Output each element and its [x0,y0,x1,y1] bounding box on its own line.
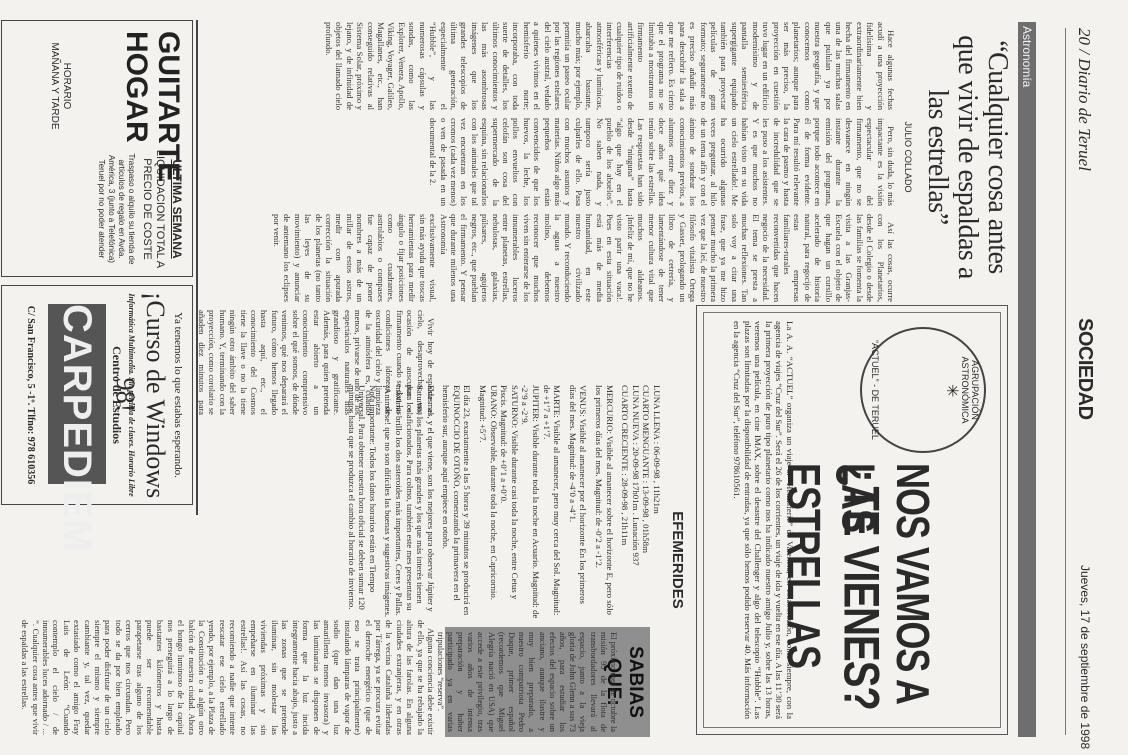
promo-box-inner: AGRUPACIÓN ASTRONÓMICA ✳ “ACTUEL” - DE T… [703,312,1001,728]
star-icon: ✳ [942,384,962,397]
carpe-diem-ad: Ya tenemos lo que estabas esperando. ¡Cu… [1,285,193,505]
section-title: SOCIEDAD [1073,318,1096,420]
page-number-masthead: 20 / Diario de Teruel [1074,28,1094,171]
rubric-bar: Astronomía [1018,22,1036,737]
promo-body: La A. A. “ACTUEL” organiza un viaje al “… [731,321,795,719]
article-column-2: Pero, sin duda, lo más impactante es la … [196,118,896,206]
rubric-label: Astronomía [1020,22,1034,87]
byline: JULIO COLLADO [903,22,913,292]
article-column-3: Así las cosas, ocurre con los Planetario… [196,214,896,302]
efemerides-body: LUNA LLENA : 06-09-98 , 11h21m CUARTO ME… [341,385,662,620]
ads-separator [196,20,198,515]
guitarte-hogar-ad: GUITARTE HOGAR HORARIO MAÑANA Y TARDE UL… [1,20,193,277]
article-column-5: Alguna conciencia debe existir de ello, … [6,620,436,735]
issue-date: Jueves, 17 de septiembre de 1998 [1078,565,1092,749]
header-rule [1065,28,1066,735]
newspaper-page: 20 / Diario de Teruel SOCIEDAD Jueves, 1… [0,0,1128,755]
headline: “Cualquier cosa antes que vivir de espal… [922,22,1012,292]
carpe-diem-logo: CARPEDIEM [48,304,106,484]
sabias-que-box: SABIAS QUE: El próximo mes de octubre la… [445,627,650,737]
astronomy-club-logo: AGRUPACIÓN ASTRONÓMICA ✳ “ACTUEL” - DE T… [860,327,986,453]
article-column-1: Hace algunas fechas acudí a una proyecci… [196,22,896,110]
moon-phases: LUNA LLENA : 06-09-98 , 11h21m CUARTO ME… [620,385,662,620]
promo-subtitle: ¿TE VIENES? [832,463,888,710]
efemerides-title: EFEMERIDES [669,385,686,735]
promo-box: AGRUPACIÓN ASTRONÓMICA ✳ “ACTUEL” - DE T… [696,305,1008,735]
